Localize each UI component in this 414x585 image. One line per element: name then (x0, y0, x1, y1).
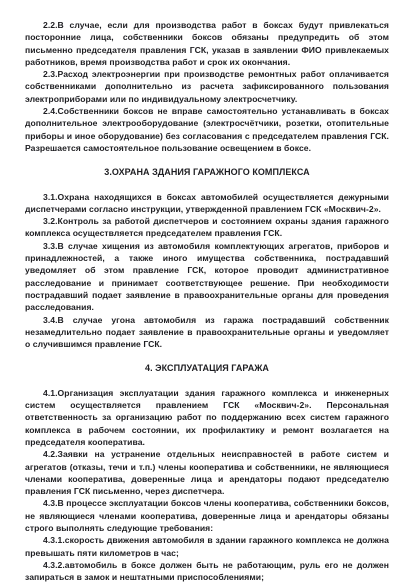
paragraph: 4.3.1.скорость движения автомобиля в зда… (25, 534, 389, 559)
document-body: 2.2.В случае, если для производства рабо… (25, 19, 389, 583)
paragraph: 2.2.В случае, если для производства рабо… (25, 19, 389, 68)
section-heading: 4. ЭКСПЛУАТАЦИЯ ГАРАЖА (25, 362, 389, 374)
paragraph: 2.3.Расход электроэнергии при производст… (25, 68, 389, 105)
paragraph: 3.3.В случае хищения из автомобиля компл… (25, 240, 389, 314)
paragraph: 3.4.В случае угона автомобиля из гаража … (25, 314, 389, 351)
document-page: 2.2.В случае, если для производства рабо… (0, 0, 414, 585)
paragraph: 4.2.Заявки на устранение отдельных неисп… (25, 448, 389, 497)
paragraph: 4.3.В процессе эксплуатации боксов члены… (25, 497, 389, 534)
paragraph: 2.4.Собственники боксов не вправе самост… (25, 105, 389, 154)
paragraph: 3.2.Контроль за работой диспетчеров и со… (25, 215, 389, 240)
paragraph: 4.1.Организация эксплуатации здания гара… (25, 387, 389, 448)
paragraph: 4.3.2.автомобиль в боксе должен быть не … (25, 559, 389, 584)
paragraph: 3.1.Охрана находящихся в боксах автомоби… (25, 191, 389, 216)
section-heading: 3.ОХРАНА ЗДАНИЯ ГАРАЖНОГО КОМПЛЕКСА (25, 166, 389, 178)
